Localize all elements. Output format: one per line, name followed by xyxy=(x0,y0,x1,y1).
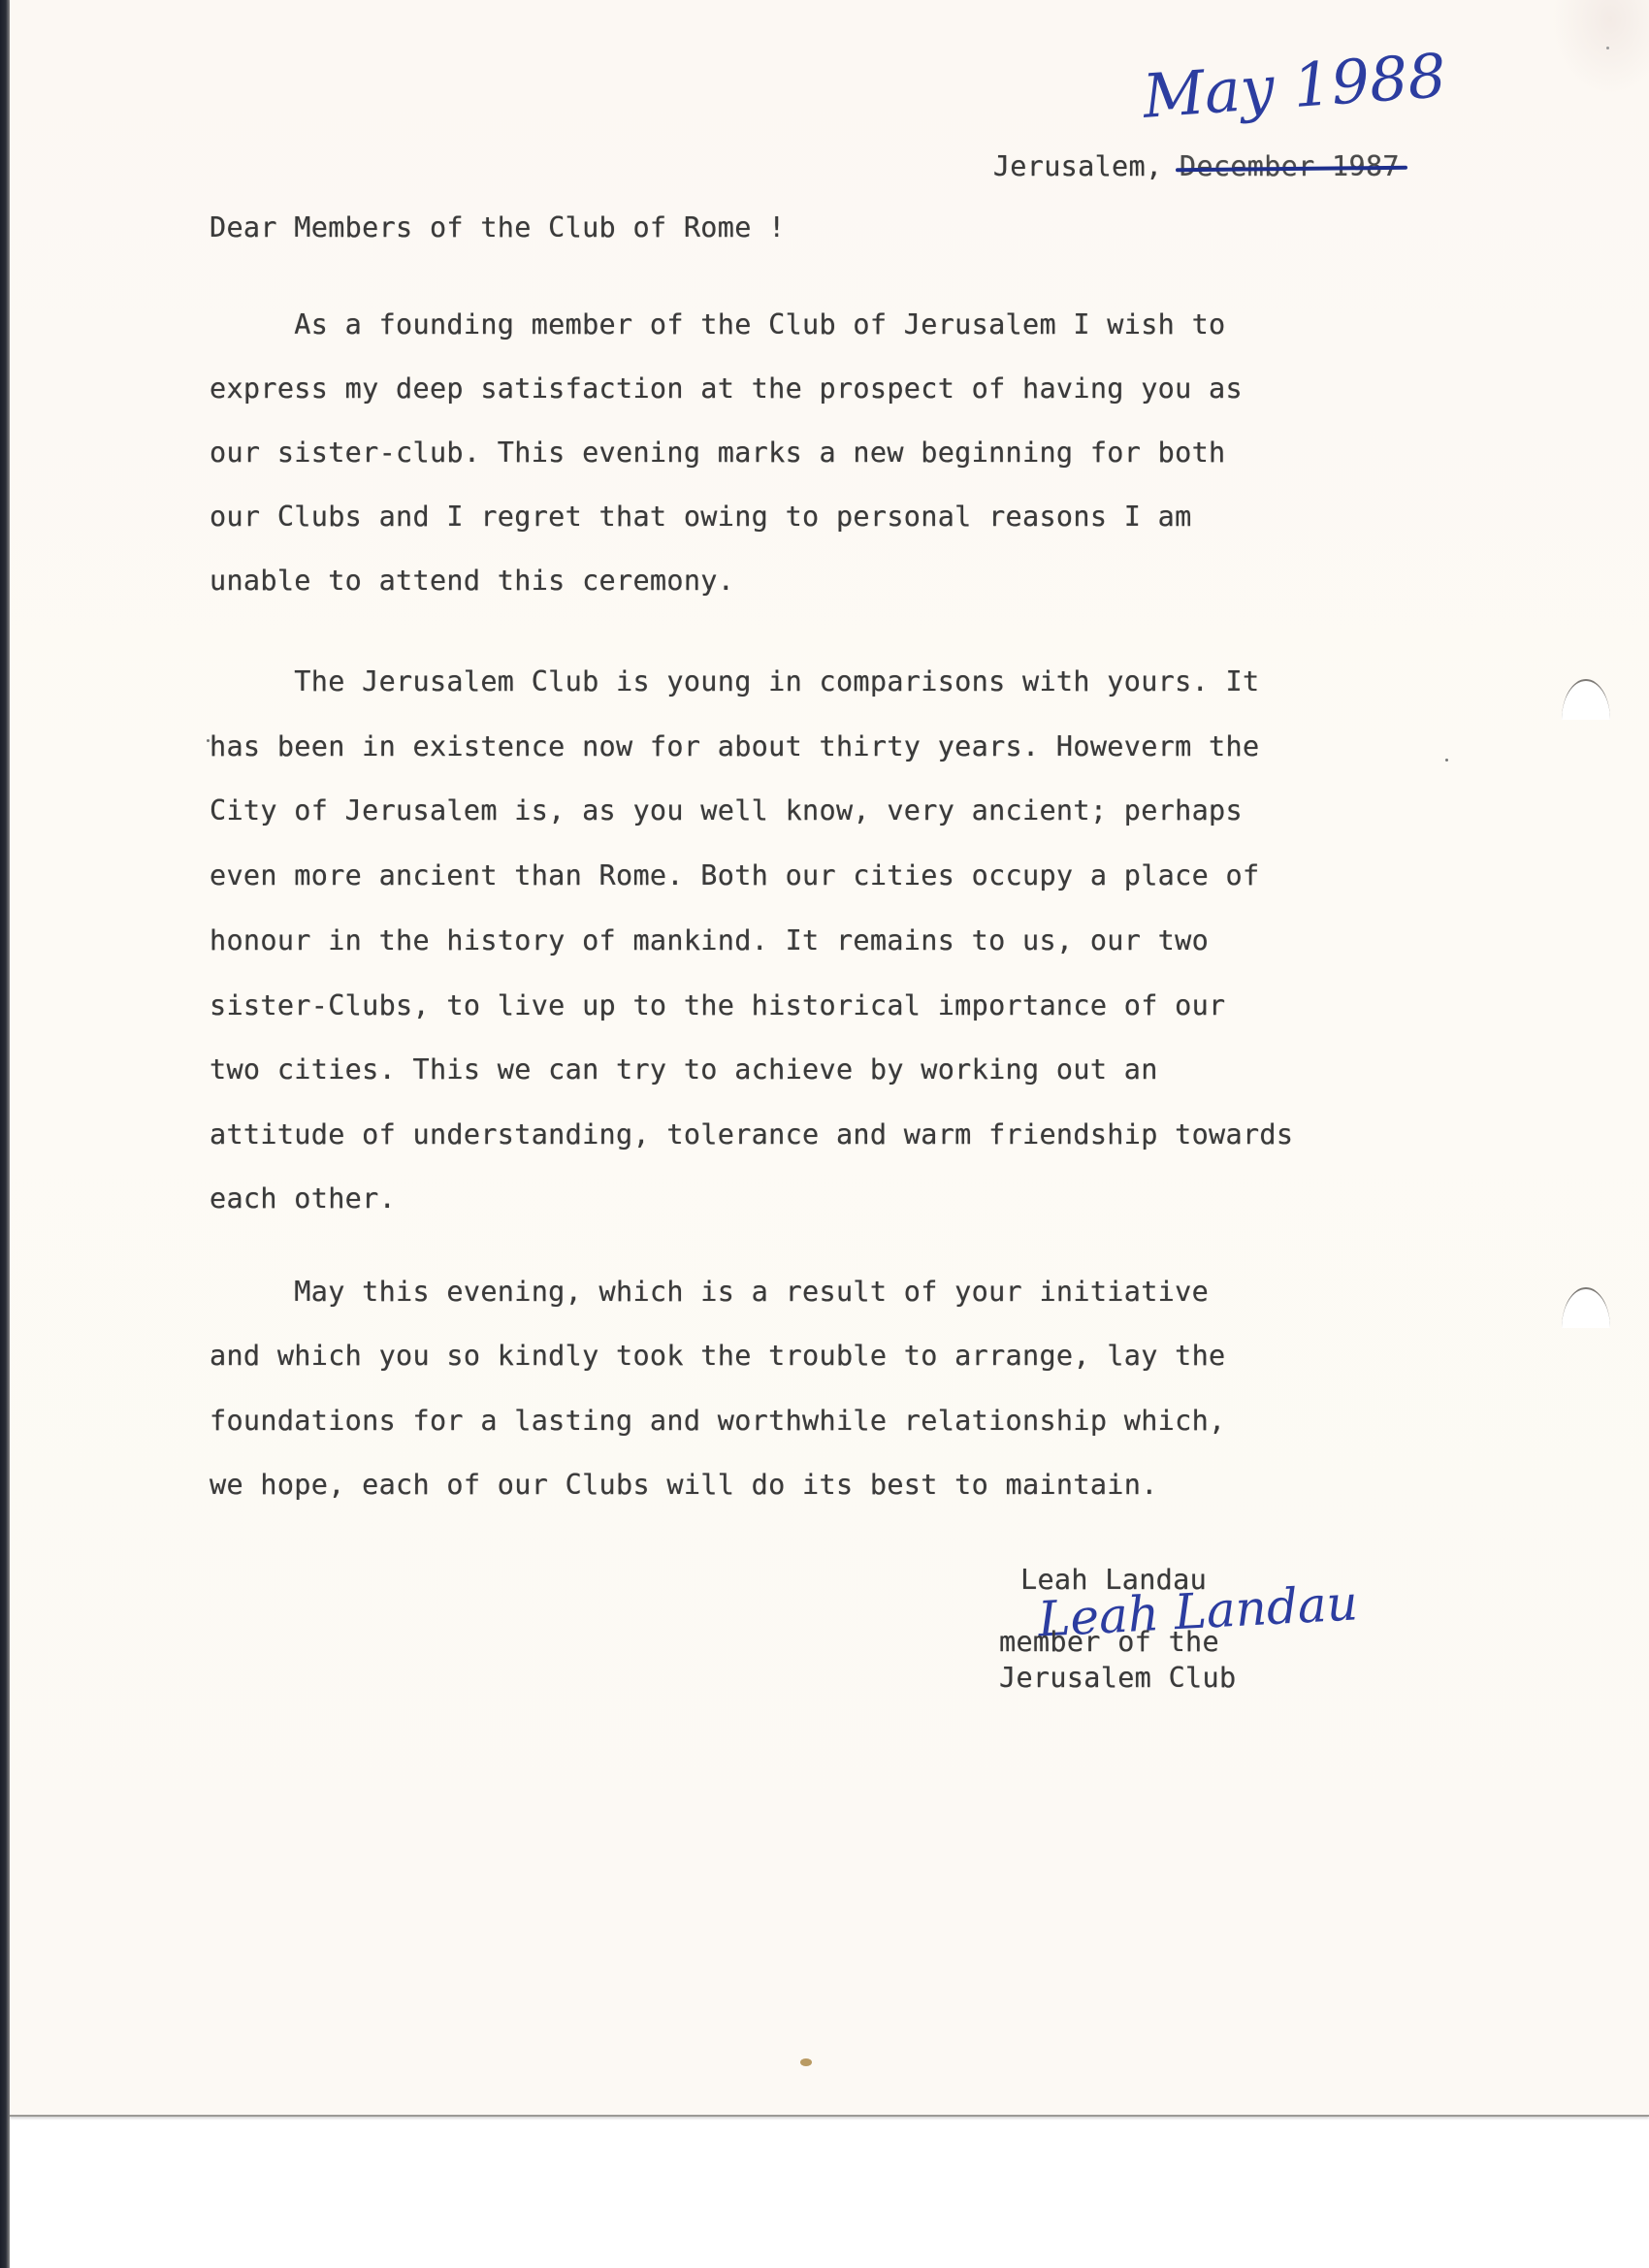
scanner-edge xyxy=(0,0,10,2268)
paragraph-line: express my deep satisfaction at the pros… xyxy=(210,373,1243,405)
paragraph-line: The Jerusalem Club is young in compariso… xyxy=(210,665,1259,697)
paragraph-line: honour in the history of mankind. It rem… xyxy=(210,924,1209,956)
paragraph-line: we hope, each of our Clubs will do its b… xyxy=(210,1469,1158,1501)
paragraph-line: City of Jerusalem is, as you well know, … xyxy=(210,794,1243,826)
punch-hole xyxy=(1562,679,1610,720)
paragraph-line: has been in existence now for about thir… xyxy=(210,730,1259,762)
paragraph-1: As a founding member of the Club of Jeru… xyxy=(210,308,277,533)
paragraph-line: two cities. This we can try to achieve b… xyxy=(210,1053,1158,1085)
handwritten-date: May 1988 xyxy=(1141,40,1448,132)
letter-page: Jerusalem, December 1987 May 1988 Dear M… xyxy=(10,0,1649,2117)
struck-out-date: December 1987 xyxy=(1180,150,1400,182)
place-name: Jerusalem, xyxy=(993,150,1163,182)
paragraph-line: sister-Clubs, to live up to the historic… xyxy=(210,989,1226,1021)
paragraph-line: our Clubs and I regret that owing to per… xyxy=(210,501,1192,533)
salutation: Dear Members of the Club of Rome ! xyxy=(210,211,786,243)
paragraph-line: As a founding member of the Club of Jeru… xyxy=(210,308,1226,340)
paragraph-line: May this evening, which is a result of y… xyxy=(210,1276,1209,1308)
signature-title-line-2: Jerusalem Club xyxy=(999,1662,1236,1694)
paragraph-line: attitude of understanding, tolerance and… xyxy=(210,1118,1293,1150)
date-line: Jerusalem, December 1987 xyxy=(925,118,1400,214)
paragraph-line: foundations for a lasting and worthwhile… xyxy=(210,1405,1226,1437)
paragraph-3: May this evening, which is a result of y… xyxy=(210,1276,277,1468)
paper-speck xyxy=(207,739,210,742)
paragraph-line: even more ancient than Rome. Both our ci… xyxy=(210,859,1259,891)
paragraph-line: unable to attend this ceremony. xyxy=(210,565,734,597)
paper-speck xyxy=(1445,759,1448,761)
paragraph-line: each other. xyxy=(210,1183,396,1215)
paragraph-line: and which you so kindly took the trouble… xyxy=(210,1340,1226,1372)
signature-title-line-1: member of the xyxy=(999,1626,1219,1658)
paper-speck xyxy=(1606,47,1609,49)
paragraph-2: The Jerusalem Club is young in compariso… xyxy=(210,665,277,1018)
paper-speck xyxy=(800,2058,812,2066)
punch-hole xyxy=(1562,1287,1610,1328)
paragraph-line: our sister-club. This evening marks a ne… xyxy=(210,437,1226,469)
